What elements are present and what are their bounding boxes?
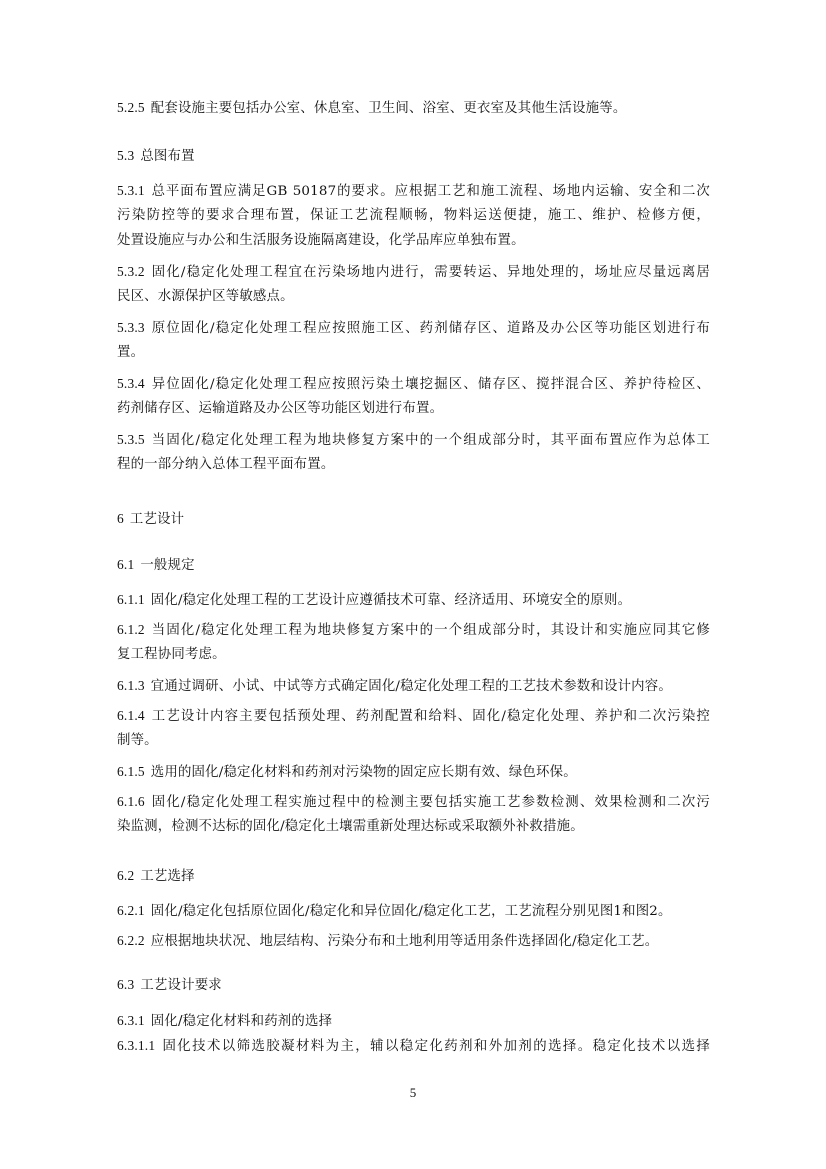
- clause-5-3-2: 5.3.2固化/稳定化处理工程宜在污染场地内进行，需要转运、异地处理的，场址应尽…: [117, 262, 710, 283]
- heading-6: 6工艺设计: [117, 509, 184, 530]
- clause-6-1-5: 6.1.5选用的固化/稳定化材料和药剂对污染物的固定应长期有效、绿色环保。: [117, 762, 577, 783]
- clause-5-3-5: 5.3.5当固化/稳定化处理工程为地块修复方案中的一个组成部分时，其平面布置应作…: [117, 430, 710, 451]
- clause-5-3-1-cont: 污染防控等的要求合理布置，保证工艺流程顺畅，物料运送便捷，施工、维护、检修方便，: [117, 206, 710, 226]
- heading-6-3-1: 6.3.1固化/稳定化材料和药剂的选择: [117, 1011, 332, 1032]
- heading-6-3: 6.3工艺设计要求: [117, 975, 222, 996]
- clause-5-3-3: 5.3.3原位固化/稳定化处理工程应按照施工区、药剂储存区、道路及办公区等功能区…: [117, 318, 710, 339]
- clause-6-1-2: 6.1.2当固化/稳定化处理工程为地块修复方案中的一个组成部分时，其设计和实施应…: [117, 620, 710, 641]
- clause-6-2-1: 6.2.1固化/稳定化包括原位固化/稳定化和异位固化/稳定化工艺，工艺流程分别见…: [117, 901, 672, 922]
- heading-6-2: 6.2工艺选择: [117, 866, 195, 887]
- clause-5-3-2-cont: 民区、水源保护区等敏感点。: [117, 287, 294, 307]
- clause-5-3-1: 5.3.1总平面布置应满足GB 50187的要求。应根据工艺和施工流程、场地内运…: [117, 181, 710, 202]
- clause-5-3-5-cont: 程的一部分纳入总体工程平面布置。: [117, 455, 334, 475]
- clause-6-1-1: 6.1.1固化/稳定化处理工程的工艺设计应遵循技术可靠、经济适用、环境安全的原则…: [117, 590, 631, 611]
- heading-6-1: 6.1一般规定: [117, 555, 195, 576]
- clause-6-1-4: 6.1.4工艺设计内容主要包括预处理、药剂配置和给料、固化/稳定化处理、养护和二…: [117, 706, 710, 727]
- clause-6-3-1-1: 6.3.1.1固化技术以筛选胶凝材料为主，辅以稳定化药剂和外加剂的选择。稳定化技…: [117, 1036, 710, 1057]
- clause-5-3-1-cont: 处置设施应与办公和生活服务设施隔离建设，化学品库应单独布置。: [117, 231, 525, 251]
- clause-5-3-4-cont: 药剂储存区、运输道路及办公区等功能区划进行布置。: [117, 399, 443, 419]
- clause-6-1-3: 6.1.3宜通过调研、小试、中试等方式确定固化/稳定化处理工程的工艺技术参数和设…: [117, 676, 672, 697]
- clause-6-1-2-cont: 复工程协同考虑。: [117, 645, 226, 665]
- clause-5-2-5: 5.2.5配套设施主要包括办公室、休息室、卫生间、浴室、更衣室及其他生活设施等。: [117, 98, 626, 119]
- clause-5-3-3-cont: 置。: [117, 343, 144, 363]
- heading-5-3: 5.3总图布置: [117, 146, 195, 167]
- clause-6-2-2: 6.2.2应根据地块状况、地层结构、污染分布和土地利用等适用条件选择固化/稳定化…: [117, 931, 658, 952]
- page-number: 5: [0, 1085, 826, 1101]
- clause-6-1-6: 6.1.6固化/稳定化处理工程实施过程中的检测主要包括实施工艺参数检测、效果检测…: [117, 792, 710, 813]
- clause-6-1-6-cont: 染监测，检测不达标的固化/稳定化土壤需重新处理达标或采取额外补救措施。: [117, 817, 584, 837]
- clause-6-1-4-cont: 制等。: [117, 731, 158, 751]
- clause-5-3-4: 5.3.4异位固化/稳定化处理工程应按照污染土壤挖掘区、储存区、搅拌混合区、养护…: [117, 374, 710, 395]
